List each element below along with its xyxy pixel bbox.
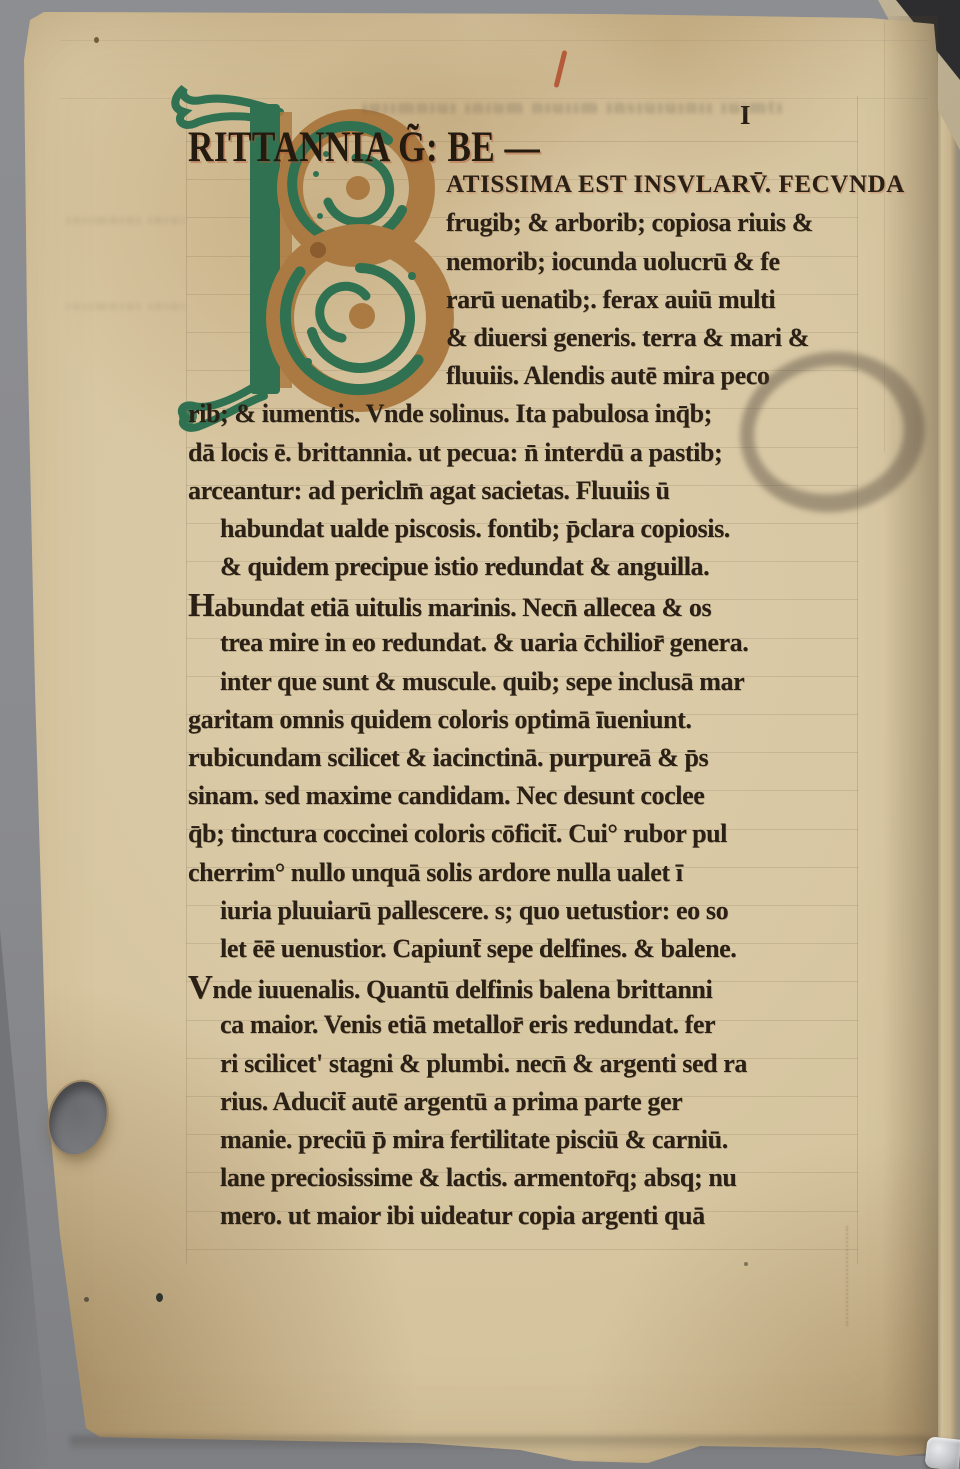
clasp-fragment: [924, 1436, 960, 1469]
leaf-bottom-shadow: [70, 1436, 930, 1452]
ruling-line: [186, 1249, 858, 1250]
manuscript-line: nemorib; iocunda uolucrū & fe: [188, 243, 864, 281]
manuscript-line: let ēē uenustior. Capiunt̄ sepe delfines…: [188, 930, 864, 968]
manuscript-line: ATISSIMA EST INSVLARV̄. FECVNDA: [188, 166, 864, 204]
manuscript-line: mero. ut maior ibi uideatur copia argent…: [188, 1197, 864, 1235]
margin-showthrough: ıuıımnıuı ınıum nıuıım ınsıuıuınıı ıuımt…: [66, 298, 184, 318]
manuscript-photo: { "page": { "kind": "illuminated manuscr…: [0, 0, 960, 1469]
manuscript-line: frugib; & arborib; copiosa riuis &: [188, 204, 864, 242]
manuscript-line: sinam. sed maxime candidam. Nec desunt c…: [188, 777, 864, 815]
manuscript-line: manie. preciū p̄ mira fertilitate pisciū…: [188, 1121, 864, 1159]
ink-speck: [156, 1293, 163, 1302]
manuscript-line: garitam omnis quidem coloris optimā īuen…: [188, 701, 864, 739]
manuscript-line: trea mire in eo redundat. & uaria c̄chil…: [188, 624, 864, 662]
manuscript-line: Habundat etiā uitulis marinis. Necn̄ all…: [188, 586, 864, 624]
ink-speck: [744, 1262, 748, 1266]
ruling-line: [60, 40, 928, 41]
manuscript-line: lane preciosissime & lactis. armentor̄q;…: [188, 1159, 864, 1197]
manuscript-line: inter que sunt & muscule. quib; sepe inc…: [188, 663, 864, 701]
manuscript-line: rius. Aducit̄ autē argentū a prima parte…: [188, 1083, 864, 1121]
manuscript-line: Vnde iuuenalis. Quantū delfinis balena b…: [188, 968, 864, 1006]
manuscript-line: & diuersi generis. terra & mari &: [188, 319, 864, 357]
text-block: RITTANNIA G̃: BE —ATISSIMA EST INSVLARV̄…: [188, 128, 864, 1235]
manuscript-line: ri scilicet' stagni & plumbi. necn̄ & ar…: [188, 1045, 864, 1083]
manuscript-line: cherrim° nullo unquā solis ardore nulla …: [188, 854, 864, 892]
manuscript-line: iuria pluuiarū pallescere. s; quo uetust…: [188, 892, 864, 930]
ink-speck: [94, 37, 99, 43]
ink-speck: [84, 1297, 89, 1302]
manuscript-line: RITTANNIA G̃: BE —: [188, 128, 742, 166]
margin-showthrough: ıuıımnıuı ınıum nıuıım ınsıuıuınıı ıuımt…: [66, 212, 184, 232]
manuscript-line: q̄b; tinctura coccinei coloris cōficit̄.…: [188, 815, 864, 853]
manuscript-line: & quidem precipue istio redundat & angui…: [188, 548, 864, 586]
manuscript-line: habundat ualde piscosis. fontib; p̄clara…: [188, 510, 864, 548]
showthrough-band: ıuıımnıuı ınıum nıuıım ınsıuıuınıı ıuımt…: [362, 96, 858, 124]
manuscript-line: rubicundam scilicet & iacinctinā. purpur…: [188, 739, 864, 777]
manuscript-line: rarū uenatib;. ferax auiū multi: [188, 281, 864, 319]
manuscript-line: ca maior. Venis etiā metallor̄ eris redu…: [188, 1006, 864, 1044]
shelfmark-ghost: [846, 1226, 848, 1326]
